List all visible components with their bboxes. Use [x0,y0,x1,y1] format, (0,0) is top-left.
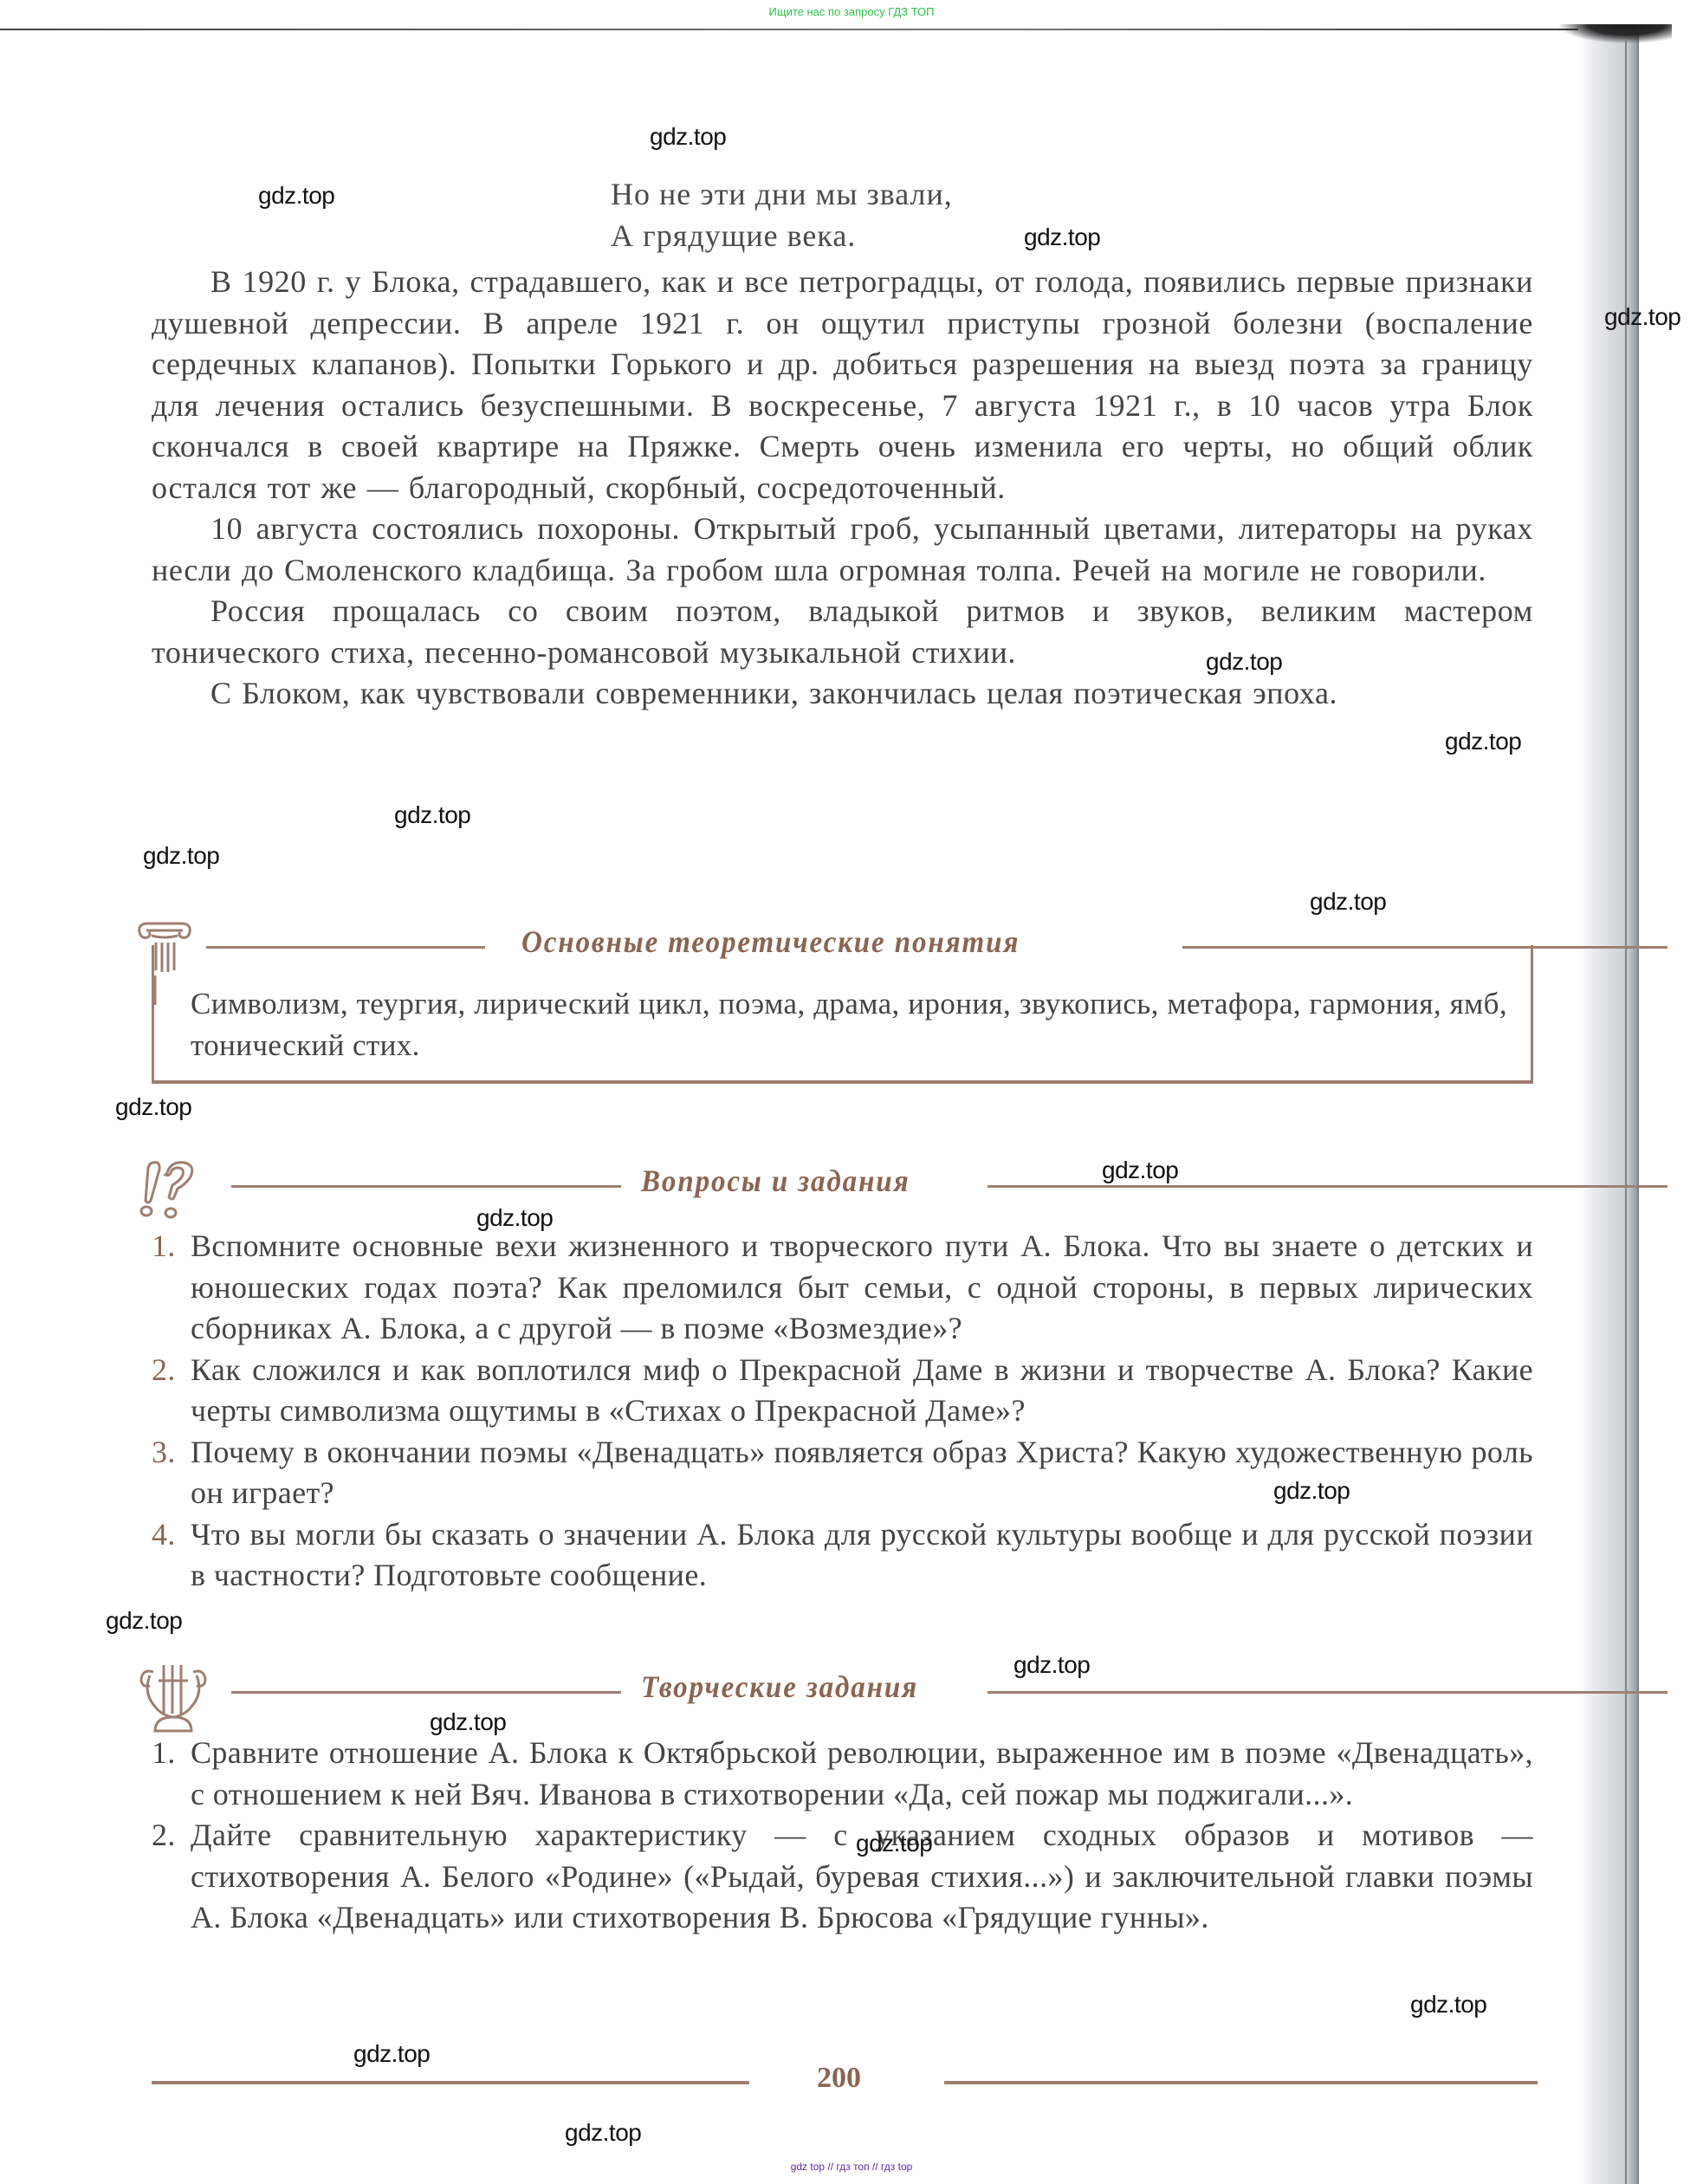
page-edge [1625,39,1627,2184]
questions-header: Вопросы и задания [134,1157,1538,1218]
footer-rule-left [152,2081,749,2084]
question-number: 3. [152,1432,176,1474]
page-number: 200 [817,2062,861,2095]
body-text: В 1920 г. у Блока, страдавшего, как и вс… [152,262,1533,715]
question-item: 4. Что вы могли бы сказать о значении А.… [152,1514,1533,1597]
paragraph: 10 августа состоялись похороны. Открытый… [152,509,1533,591]
watermark: gdz.top [1604,303,1680,331]
header-rule [987,1691,1667,1694]
question-number: 2. [152,1350,176,1391]
creative-list: 1. Сравните отношение А. Блока к Октябрь… [152,1733,1533,1939]
watermark: gdz.top [1013,1651,1090,1679]
theory-terms: Символизм, теургия, лирический цикл, поэ… [191,983,1507,1066]
watermark: gdz.top [394,801,470,829]
creative-item: 2. Дайте сравнительную характеристику — … [152,1815,1533,1939]
top-banner: Ищите нас по запросу ГДЗ ТОП [0,5,1703,18]
creative-item: 1. Сравните отношение А. Блока к Октябрь… [152,1733,1533,1815]
creative-title: Творческие задания [641,1669,918,1705]
book-spine-shadow [1559,24,1672,43]
question-item: 1. Вспомните основные вехи жизненного и … [152,1226,1533,1350]
question-text: Вспомните основные вехи жизненного и тво… [191,1228,1533,1345]
watermark: gdz.top [1024,224,1100,251]
watermark: gdz.top [565,2119,641,2147]
question-item: 2. Как сложился и как воплотился миф о П… [152,1350,1533,1432]
paragraph: Россия прощалась со своим поэтом, владык… [152,591,1533,673]
theory-title: Основные теоретические понятия [521,924,1020,960]
questions-list: 1. Вспомните основные вехи жизненного и … [152,1226,1533,1597]
question-number: 1. [152,1226,176,1267]
watermark: gdz.top [1310,888,1386,916]
book-spine [1578,26,1639,2184]
watermark: gdz.top [143,842,219,870]
question-text: Что вы могли бы сказать о значении А. Бл… [191,1517,1533,1593]
header-rule [231,1691,621,1694]
paragraph: В 1920 г. у Блока, страдавшего, как и вс… [152,262,1533,509]
bottom-banner: gdz top // гдз топ // гдз top [0,2161,1703,2173]
header-rule [987,1185,1667,1188]
question-number: 4. [152,1514,176,1556]
theory-header: Основные теоретические понятия [134,918,1538,979]
watermark: gdz.top [1206,648,1282,676]
header-rule [231,1185,621,1188]
column-icon [134,918,195,1005]
header-rule [206,946,485,949]
verse-line: Но не эти дни мы звали, [611,173,953,215]
watermark: gdz.top [430,1708,506,1736]
watermark: gdz.top [650,123,726,151]
watermark: gdz.top [1273,1477,1350,1505]
watermark: gdz.top [258,182,334,210]
top-rule [0,29,1646,30]
creative-text: Сравните отношение А. Блока к Октябрьско… [191,1735,1533,1811]
verse-line: А грядущие века. [611,215,953,256]
watermark: gdz.top [1410,1991,1486,2019]
creative-number: 1. [152,1733,176,1774]
watermark: gdz.top [115,1093,191,1121]
question-text: Как сложился и как воплотился миф о Прек… [191,1352,1533,1429]
creative-header: Творческие задания [134,1663,1538,1724]
paragraph: С Блоком, как чувствовали современники, … [152,673,1533,715]
watermark: gdz.top [353,2040,430,2068]
watermark: gdz.top [1445,728,1521,755]
questions-title: Вопросы и задания [641,1163,910,1199]
header-rule [1182,946,1667,949]
verse-quote: Но не эти дни мы звали, А грядущие века. [611,173,953,256]
watermark: gdz.top [856,1830,932,1857]
footer-rule-right [944,2081,1538,2084]
watermark: gdz.top [106,1607,182,1635]
lyre-icon [134,1663,212,1741]
watermark: gdz.top [476,1204,553,1232]
exclamation-question-icon [134,1157,204,1227]
creative-number: 2. [152,1815,176,1857]
watermark: gdz.top [1102,1157,1178,1184]
